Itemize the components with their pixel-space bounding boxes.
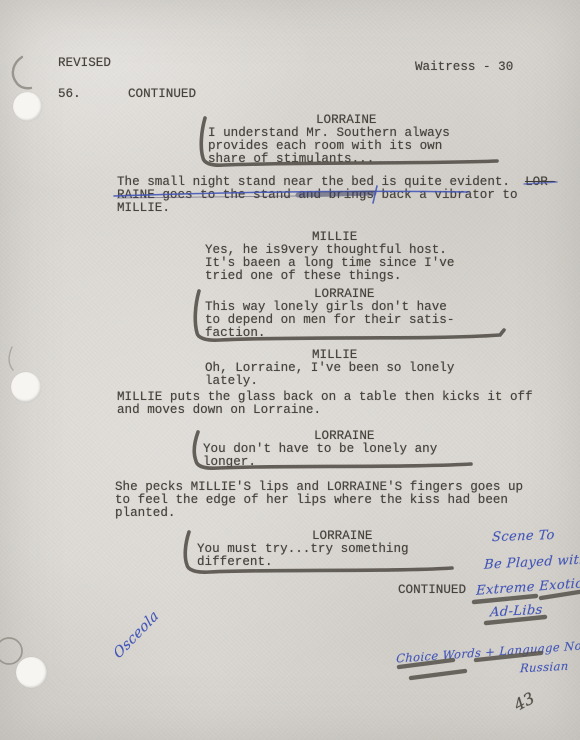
revised-label: REVISED <box>58 57 111 70</box>
handwritten-note-extreme-exotic: Extreme Exotic <box>476 576 580 599</box>
dialogue-line: tried one of these things. <box>205 270 402 283</box>
punch-hole-bottom <box>16 657 47 688</box>
dialogue-line: different. <box>197 556 273 569</box>
action-line: MILLIE. <box>117 202 170 215</box>
handwritten-note-scene-line1: Scene To <box>491 528 555 545</box>
punch-hole-top <box>13 92 42 121</box>
dialogue-line: longer. <box>203 456 256 469</box>
scene-heading: CONTINUED <box>128 88 196 101</box>
punch-hole-middle <box>11 372 41 402</box>
action-line: and moves down on Lorraine. <box>117 404 321 417</box>
pencil-underline-lower <box>411 671 465 678</box>
crescent-scratch-top <box>13 57 31 88</box>
dialogue-line: share of stimulants... <box>208 153 374 166</box>
handwritten-note-russian: Russian <box>520 659 569 676</box>
dialogue-line: faction. <box>205 327 265 340</box>
handwritten-signature: Osceola <box>111 607 162 662</box>
page-header: Waitress - 30 <box>415 61 513 74</box>
handwritten-note-scene-line2: Be Played with <box>484 552 580 573</box>
action-line-struck: RAINE goes to the stand and brings back … <box>117 189 518 202</box>
pencil-corner-mark: 43 <box>511 688 538 714</box>
scene-number: 56. <box>58 88 81 101</box>
script-page: REVISED Waitress - 30 56. CONTINUED LORR… <box>0 0 580 740</box>
dialogue-line: lately. <box>205 375 258 388</box>
drawn-circle-bottom <box>0 638 22 664</box>
handwritten-note-ad-libs: Ad-Libs <box>490 603 543 621</box>
continued-footer: CONTINUED <box>398 584 466 597</box>
scratch-middle <box>9 347 13 370</box>
action-line: planted. <box>115 507 175 520</box>
struck-text: LOR- <box>525 175 555 189</box>
